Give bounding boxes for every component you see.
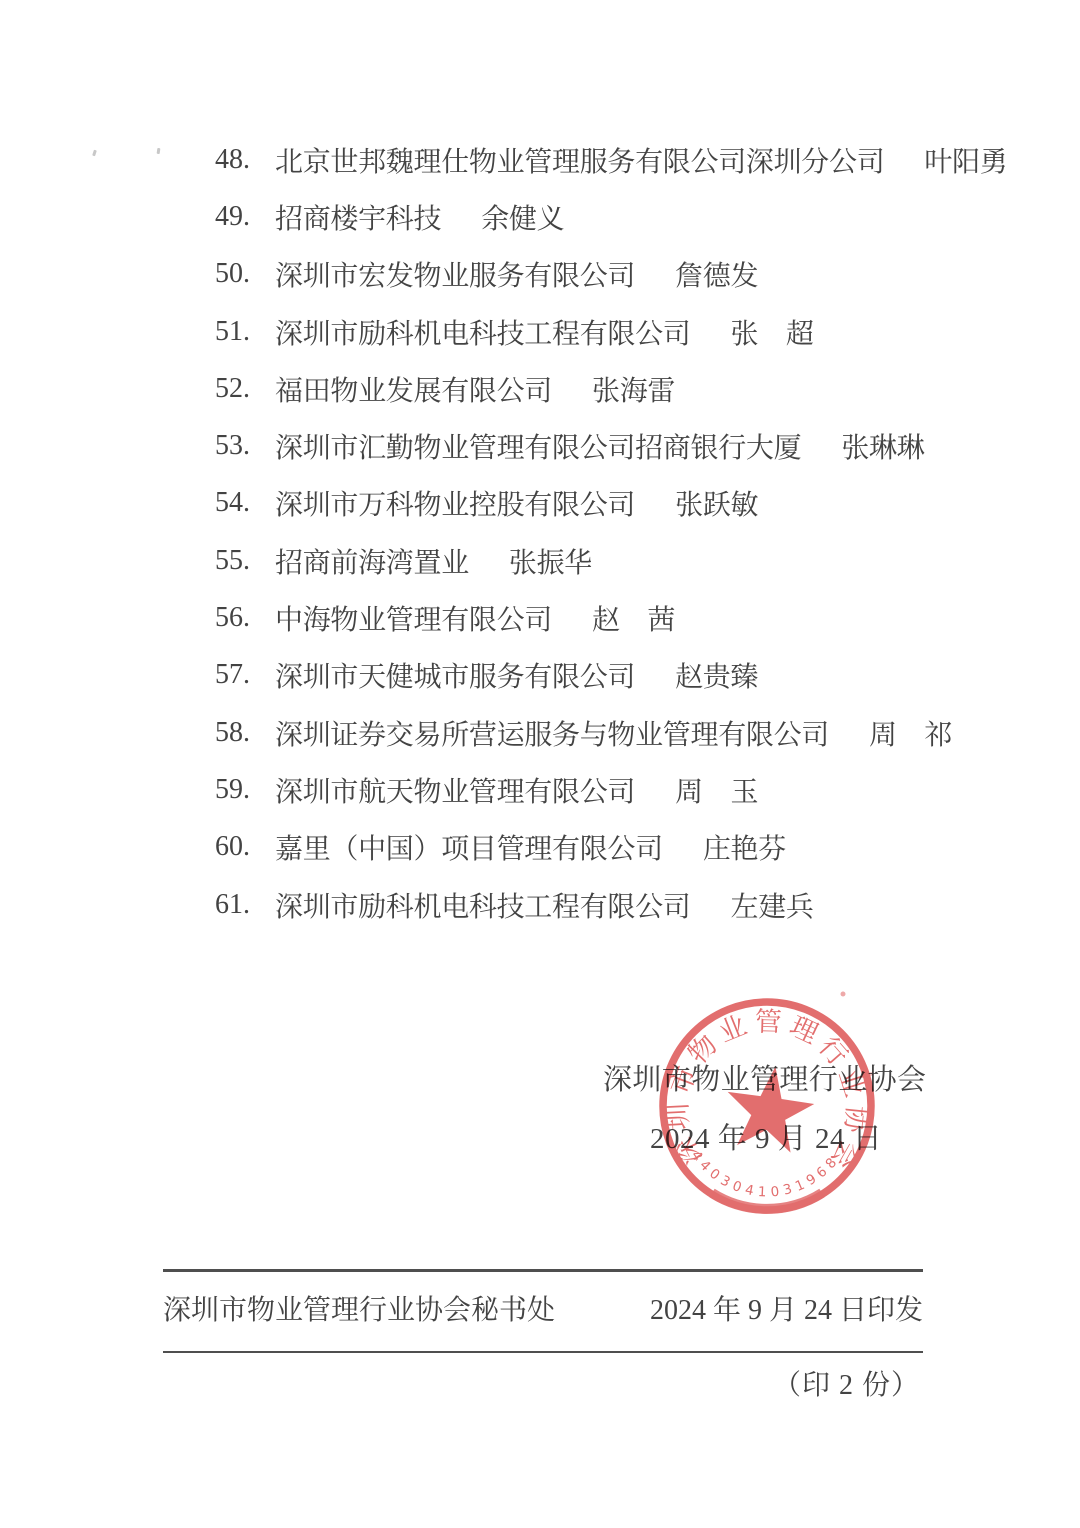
item-number: 56. (215, 602, 275, 634)
item-number: 50. (215, 258, 275, 290)
item-number: 58. (215, 717, 275, 749)
person-name: 余健义 (481, 197, 564, 237)
scan-artifact (157, 148, 161, 154)
list-item: 61. 深圳市励科机电科技工程有限公司 左建兵 (215, 876, 1020, 933)
person-name: 张跃敏 (675, 483, 758, 523)
item-number: 48. (215, 144, 275, 176)
company-name: 北京世邦魏理仕物业管理服务有限公司深圳分公司 (275, 140, 884, 180)
list-item: 55. 招商前海湾置业 张振华 (215, 532, 1020, 589)
item-number: 57. (215, 659, 275, 691)
company-name: 招商楼宇科技 (275, 197, 441, 237)
list-item: 52. 福田物业发展有限公司 张海雷 (215, 360, 1020, 417)
company-name: 深圳市万科物业控股有限公司 (275, 483, 635, 523)
seal-speckle (869, 1072, 873, 1076)
company-name: 福田物业发展有限公司 (275, 369, 552, 409)
document-page: 48. 北京世邦魏理仕物业管理服务有限公司深圳分公司 叶阳勇 49. 招商楼宇科… (0, 0, 1080, 1528)
footer-issuer: 深圳市物业管理行业协会秘书处 (163, 1288, 555, 1328)
list-item: 58. 深圳证券交易所营运服务与物业管理有限公司 周 祁 (215, 704, 1020, 761)
seal-speckle (841, 992, 846, 997)
official-seal-stamp: 深圳市物业管理行业协会 4403041031968 (627, 966, 907, 1246)
company-name: 深圳市宏发物业服务有限公司 (275, 254, 635, 294)
person-name: 张海雷 (592, 369, 675, 409)
footer-print-date: 2024 年 9 月 24 日印发 (650, 1288, 923, 1328)
company-name: 深圳市励科机电科技工程有限公司 (275, 312, 691, 352)
item-number: 59. (215, 774, 275, 806)
footer-divider-bottom (163, 1351, 923, 1353)
person-name: 周 玉 (675, 770, 758, 810)
list-item: 53. 深圳市汇勤物业管理有限公司招商银行大厦 张琳琳 (215, 417, 1020, 474)
person-name: 张琳琳 (841, 426, 924, 466)
person-name: 张振华 (509, 541, 592, 581)
list-item: 54. 深圳市万科物业控股有限公司 张跃敏 (215, 475, 1020, 532)
company-name: 深圳市励科机电科技工程有限公司 (275, 885, 691, 925)
company-name: 中海物业管理有限公司 (275, 598, 552, 638)
person-name: 张 超 (731, 312, 814, 352)
list-item: 49. 招商楼宇科技 余健义 (215, 188, 1020, 245)
item-number: 60. (215, 831, 275, 863)
item-number: 52. (215, 373, 275, 405)
person-name: 左建兵 (731, 885, 814, 925)
footer-copies: （印 2 份） (773, 1363, 920, 1403)
company-name: 招商前海湾置业 (275, 541, 469, 581)
list-item: 57. 深圳市天健城市服务有限公司 赵贵臻 (215, 647, 1020, 704)
company-name: 深圳市汇勤物业管理有限公司招商银行大厦 (275, 426, 801, 466)
item-number: 61. (215, 889, 275, 921)
list-item: 59. 深圳市航天物业管理有限公司 周 玉 (215, 761, 1020, 818)
item-number: 55. (215, 545, 275, 577)
item-number: 53. (215, 430, 275, 462)
list-item: 60. 嘉里（中国）项目管理有限公司 庄艳芬 (215, 819, 1020, 876)
scan-artifact (92, 150, 97, 157)
company-name: 深圳证券交易所营运服务与物业管理有限公司 (275, 713, 829, 753)
person-name: 詹德发 (675, 254, 758, 294)
seal-star-icon (721, 1060, 819, 1155)
company-name: 深圳市天健城市服务有限公司 (275, 655, 635, 695)
person-name: 庄艳芬 (703, 827, 786, 867)
person-name: 叶阳勇 (924, 140, 1007, 180)
item-number: 54. (215, 487, 275, 519)
person-name: 周 祁 (869, 713, 952, 753)
list-item: 48. 北京世邦魏理仕物业管理服务有限公司深圳分公司 叶阳勇 (215, 131, 1020, 188)
member-roster: 48. 北京世邦魏理仕物业管理服务有限公司深圳分公司 叶阳勇 49. 招商楼宇科… (215, 131, 1020, 933)
company-name: 深圳市航天物业管理有限公司 (275, 770, 635, 810)
list-item: 51. 深圳市励科机电科技工程有限公司 张 超 (215, 303, 1020, 360)
company-name: 嘉里（中国）项目管理有限公司 (275, 827, 663, 867)
person-name: 赵 茜 (592, 598, 675, 638)
footer-divider-top (163, 1269, 923, 1272)
item-number: 49. (215, 201, 275, 233)
item-number: 51. (215, 316, 275, 348)
list-item: 50. 深圳市宏发物业服务有限公司 詹德发 (215, 246, 1020, 303)
person-name: 赵贵臻 (675, 655, 758, 695)
footer-row: 深圳市物业管理行业协会秘书处 2024 年 9 月 24 日印发 (163, 1288, 923, 1328)
list-item: 56. 中海物业管理有限公司 赵 茜 (215, 589, 1020, 646)
